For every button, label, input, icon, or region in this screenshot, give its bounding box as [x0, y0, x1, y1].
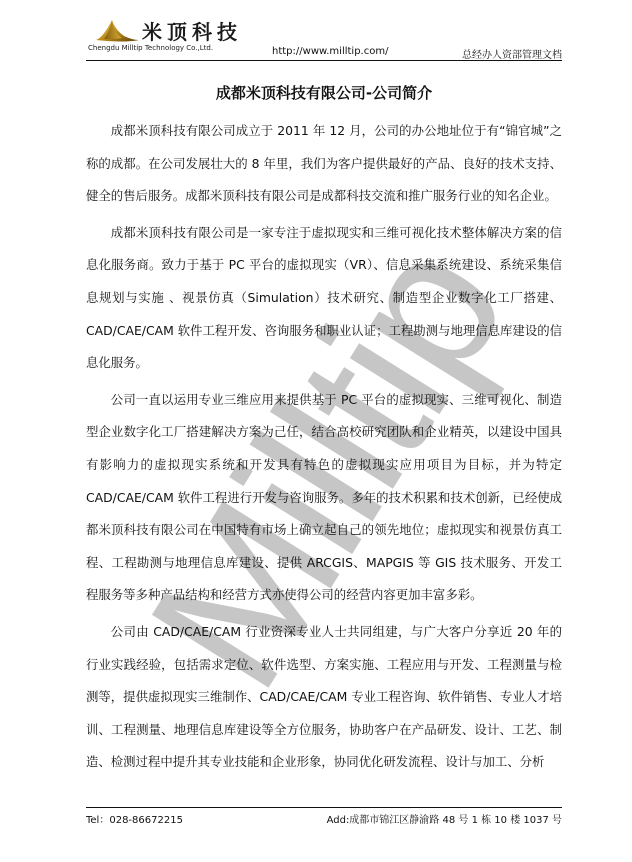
footer-address: Add:成都市锦江区静渝路 48 号 1 栋 10 楼 1037 号 [327, 811, 562, 826]
header-document-label: 总经办人资部管理文档 [462, 46, 562, 61]
paragraph-services: 公司由 CAD/CAE/CAM 行业资深专业人士共同组建，与广大客户分享近 20… [86, 616, 562, 779]
document-page: 米顶科技 Chengdu Milltip Technology Co.,Ltd.… [0, 0, 632, 862]
header-website-link[interactable]: http://www.milltip.com/ [272, 46, 388, 57]
document-title: 成都米顶科技有限公司-公司简介 [86, 82, 562, 104]
company-logo: 米顶科技 Chengdu Milltip Technology Co.,Ltd. [86, 14, 246, 60]
paragraph-mission: 公司一直以运用专业三维应用来提供基于 PC 平台的虚拟现实、三维可视化、制造型企… [86, 384, 562, 612]
document-body: 成都米顶科技有限公司-公司简介 成都米顶科技有限公司成立于 2011 年 12 … [86, 82, 562, 783]
logo-english-name: Chengdu Milltip Technology Co.,Ltd. [88, 44, 213, 52]
footer-divider [86, 807, 562, 808]
page-header: 米顶科技 Chengdu Milltip Technology Co.,Ltd.… [86, 14, 562, 62]
logo-chinese-name: 米顶科技 [142, 16, 242, 45]
gold-mountain-logo-icon [94, 18, 140, 42]
paragraph-business-scope: 成都米顶科技有限公司是一家专注于虚拟现实和三维可视化技术整体解决方案的信息化服务… [86, 217, 562, 380]
footer-telephone: Tel：028-86672215 [86, 811, 183, 826]
paragraph-founding: 成都米顶科技有限公司成立于 2011 年 12 月，公司的办公地址位于有“锦官城… [86, 115, 562, 213]
header-divider [86, 60, 562, 61]
